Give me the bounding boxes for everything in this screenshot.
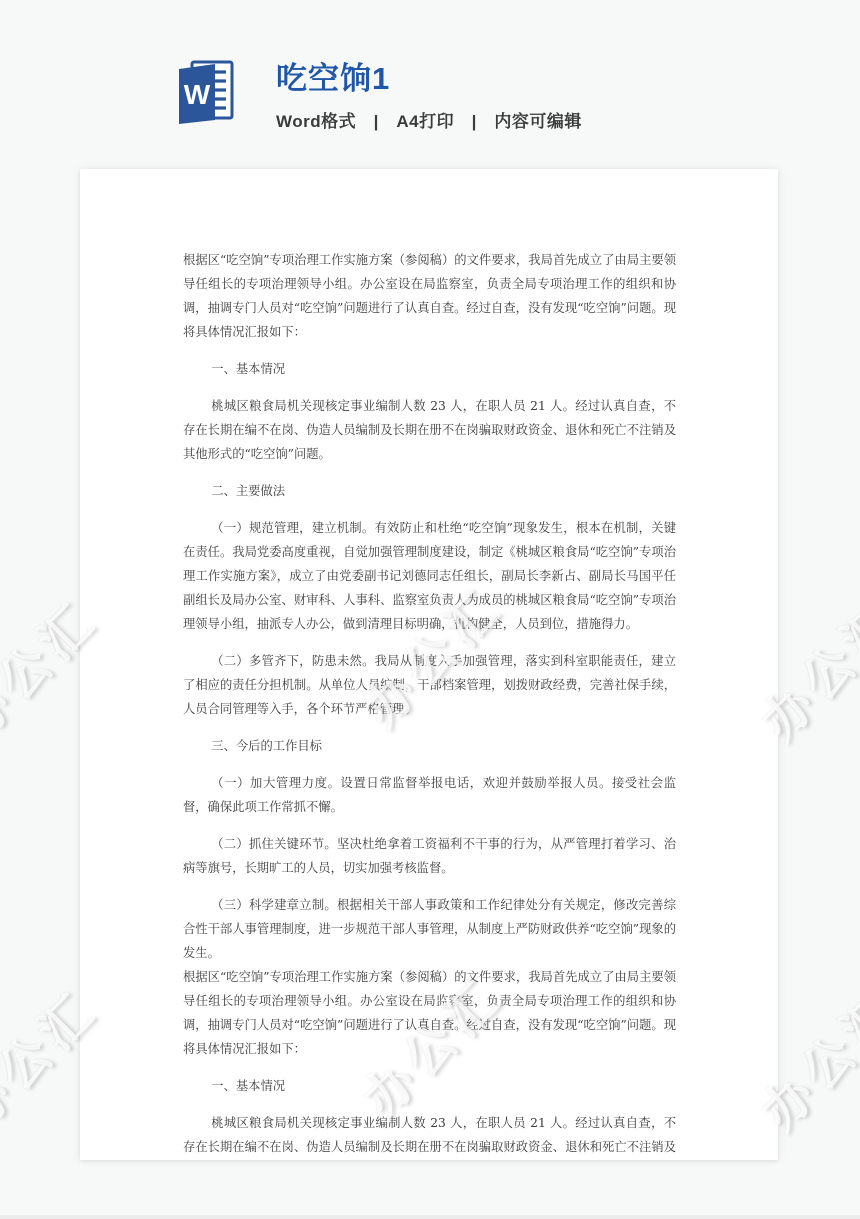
document-header: W 吃空饷1 Word格式 | A4打印 | 内容可编辑 [178,60,582,132]
doc-heading: 二、主要做法 [183,479,676,503]
svg-text:W: W [184,79,211,110]
doc-paragraph: 根据区“吃空饷”专项治理工作实施方案（参阅稿）的文件要求，我局首先成立了由局主要… [183,248,676,344]
doc-paragraph: （一）规范管理，建立机制。有效防止和杜绝“吃空饷”现象发生，根本在机制，关键在责… [183,516,676,636]
bottom-strip [0,1215,860,1219]
doc-paragraph: （一）加大管理力度。设置日常监督举报电话，欢迎并鼓励举报人员。接受社会监督，确保… [183,771,676,819]
doc-heading: 三、今后的工作目标 [183,734,676,758]
document-title: 吃空饷1 [276,60,582,98]
doc-paragraph: 桃城区粮食局机关现核定事业编制人数 23 人，在职人员 21 人。经过认真自查，… [183,1111,676,1160]
doc-heading: 一、基本情况 [183,1074,676,1098]
page-canvas: W 吃空饷1 Word格式 | A4打印 | 内容可编辑 根据区“吃空饷”专项治… [0,0,860,1219]
document-subtitle: Word格式 | A4打印 | 内容可编辑 [276,107,582,132]
doc-paragraph: 桃城区粮食局机关现核定事业编制人数 23 人，在职人员 21 人。经过认真自查，… [183,394,676,466]
doc-body: 根据区“吃空饷”专项治理工作实施方案（参阅稿）的文件要求，我局首先成立了由局主要… [183,248,676,1160]
doc-paragraph: （二）抓住关键环节。坚决杜绝拿着工资福利不干事的行为，从严管理打着学习、治病等旗… [183,832,676,880]
doc-paragraph: （三）科学建章立制。根据相关干部人事政策和工作纪律处分有关规定，修改完善综合性干… [183,893,676,965]
doc-paragraph: （二）多管齐下，防患未然。我局从制度入手加强管理，落实到科室职能责任，建立了相应… [183,649,676,721]
header-text-block: 吃空饷1 Word格式 | A4打印 | 内容可编辑 [276,60,582,132]
word-file-icon: W [178,60,234,124]
doc-heading: 一、基本情况 [183,357,676,381]
document-page: 根据区“吃空饷”专项治理工作实施方案（参阅稿）的文件要求，我局首先成立了由局主要… [80,169,778,1160]
doc-paragraph: 根据区“吃空饷”专项治理工作实施方案（参阅稿）的文件要求，我局首先成立了由局主要… [183,965,676,1061]
